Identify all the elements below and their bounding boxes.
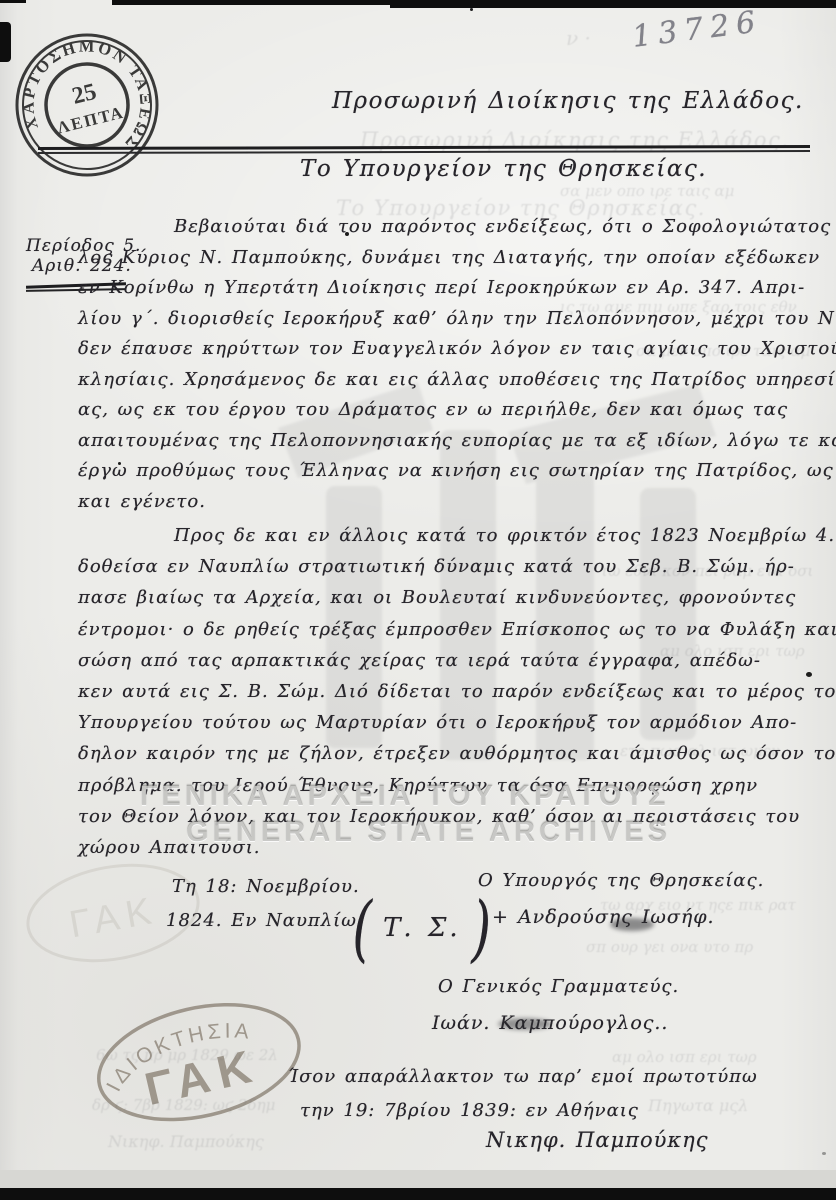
scan-speck bbox=[345, 232, 349, 236]
secretary-title: Ο Γενικός Γραμματεύς. bbox=[438, 976, 679, 997]
scan-speck bbox=[470, 8, 473, 11]
faint-gak-stamp: ΓΑΚ bbox=[10, 842, 216, 983]
bleedthrough-line: αμ ολο ισπ ερι τωρ bbox=[612, 1048, 757, 1066]
bleedthrough-line: Πηγωτα μςλ bbox=[648, 1096, 748, 1115]
heading-divider bbox=[38, 145, 810, 154]
revenue-stamp-value: 25 bbox=[70, 79, 100, 110]
minister-title: Ο Υπουργός της Θρησκείας. bbox=[478, 870, 764, 891]
scanned-document-page: ΧΑΡΤΟΣΗΜΟΝ ΤΑΞΕΩΣ 25 ΛΕΠΤΑ 13726 ν · Προ… bbox=[0, 0, 836, 1200]
seal-letters: Τ. Σ. bbox=[377, 913, 467, 943]
scan-edge-corner-dot bbox=[0, 0, 26, 3]
ink-smudge bbox=[498, 1018, 552, 1030]
revenue-stamp: ΧΑΡΤΟΣΗΜΟΝ ΤΑΞΕΩΣ 25 ΛΕΠΤΑ bbox=[0, 14, 178, 196]
bleedthrough-line: ις τω αμε πιμ ωπε ξαρ τοις εθν bbox=[560, 298, 797, 316]
archive-watermark-english: GENERAL STATE ARCHIVES bbox=[186, 816, 671, 849]
body-line: απαιτουμένας της Πελοποννησιακής ευπορία… bbox=[78, 426, 812, 457]
body-paragraph-1: Βεβαιούται διά του παρόντος ενδείξεως, ό… bbox=[78, 212, 812, 517]
seal-paren-open: ( bbox=[352, 892, 372, 964]
certifier-signature-ghost: Νικηφ. Παμπούκης bbox=[108, 1132, 264, 1151]
body-line: Προς δε και εν άλλοις κατά το φρικτόν έτ… bbox=[78, 520, 812, 551]
bleedthrough-line: τω αρχ ειο ντ ηςε πικ ρατ bbox=[600, 896, 796, 914]
scan-speck bbox=[118, 462, 121, 465]
bleedthrough-line: δρ ϛ: 7βρ 1829: ωϛ 2δημ bbox=[92, 1096, 275, 1114]
ministry-heading: Το Υπουργείον της Θρησκείας. bbox=[300, 156, 707, 182]
body-line: και εγένετο. bbox=[78, 487, 812, 518]
certification-line-2: την 19: 7βρίου 1839: εν Αθήναις bbox=[300, 1100, 639, 1121]
body-line: έντρομοι· ο δε ρηθείς τρέξας έμπροσθεν Ε… bbox=[78, 614, 812, 645]
scan-speck bbox=[822, 1152, 826, 1155]
body-line: κεν αυτά εις Σ. Β. Σώμ. Διό δίδεται το π… bbox=[78, 676, 812, 707]
body-line: έργω προθύμως τους Έλληνας να κινήση εις… bbox=[78, 456, 812, 487]
bleedthrough-line: τω εθνι κον πει ραμ ετα οσι bbox=[600, 562, 813, 580]
bleedthrough-line: σα μεν οπο ιρε ταις αμ bbox=[560, 182, 734, 200]
body-line: κλησίαις. Χρησάμενος δε και εις άλλας υπ… bbox=[78, 365, 812, 396]
bleedthrough-line: 6ω τϛ πρ μρ 1829 ωε 2λ bbox=[96, 1046, 278, 1064]
bleedthrough-line: σπ ουρ γει ονα υτο πρ bbox=[586, 938, 753, 956]
bleedthrough-line: σα μεν οπο ιρε ταις αμ bbox=[636, 342, 810, 360]
archive-number-ghost: ν · bbox=[566, 26, 591, 50]
seal-paren-close: ) bbox=[471, 892, 491, 964]
archive-number: 13726 bbox=[630, 4, 764, 55]
certifier-signature: Νικηφ. Παμπούκης bbox=[486, 1128, 708, 1152]
archive-watermark-greek: ΓΕΝΙΚΑ ΑΡΧΕΙΑ ΤΟΥ ΚΡΑΤΟΥΣ bbox=[140, 780, 669, 813]
body-line: λος Κύριος Ν. Παμπούκης, δυνάμει της Δια… bbox=[78, 243, 812, 274]
body-line: Βεβαιούται διά του παρόντος ενδείξεως, ό… bbox=[78, 212, 812, 243]
certification-line-1: Ίσον απαράλλακτον τω παρ’ εμοί πρωτοτύπω bbox=[288, 1066, 758, 1087]
body-line: πασε βιαίως τα Αρχεία, και οι Βουλευταί … bbox=[78, 582, 812, 613]
ink-smudge bbox=[610, 918, 654, 931]
scan-speck bbox=[806, 672, 812, 677]
scan-edge-bottom bbox=[0, 1188, 836, 1200]
scan-edge-top-thick bbox=[390, 0, 836, 8]
body-line: ας, ως εκ του έργου του Δράματος εν ω πε… bbox=[78, 395, 812, 426]
faint-gak-stamp-text: ΓΑΚ bbox=[66, 890, 161, 947]
body-line: Υπουργείου τούτου ως Μαρτυρίαν ότι ο Ιερ… bbox=[78, 707, 812, 738]
scan-bottom-gray-band bbox=[0, 1170, 836, 1190]
bleedthrough-line: ετο πωσ αλ ιστ ωμεν bbox=[620, 742, 780, 760]
bleedthrough-line: αμ ολο ισπ ερι τωρ bbox=[660, 642, 805, 660]
document-title: Προσωρινή Διοίκησις της Ελλάδος. bbox=[332, 88, 804, 114]
seal-notation: ( Τ. Σ. ) bbox=[348, 892, 496, 964]
